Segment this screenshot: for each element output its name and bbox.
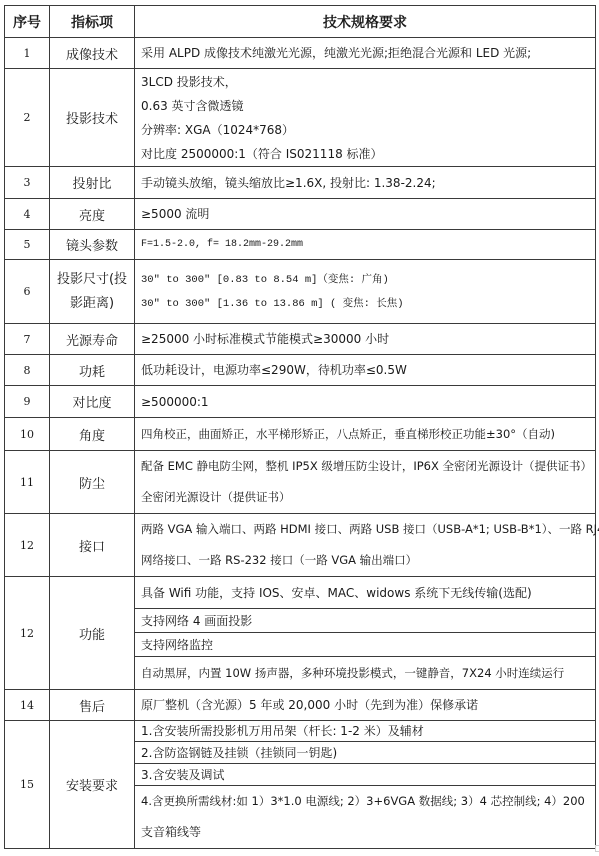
requirement-line: 分辨率: XGA（1024*768） bbox=[141, 118, 589, 142]
row-requirement: 低功耗设计，电源功率≤290W，待机功率≤0.5W bbox=[135, 355, 596, 386]
row-requirement: 支持网络监控 bbox=[135, 633, 596, 657]
corner-artifact bbox=[595, 845, 599, 852]
requirement-line: 0.63 英寸含微透镜 bbox=[141, 94, 589, 118]
requirement-line: 对比度 2500000:1（符合 IS021118 标准） bbox=[141, 142, 589, 166]
row-no: 14 bbox=[5, 690, 50, 721]
requirement-line: 自动黑屏，内置 10W 扬声器，多种环境投影模式，一键静音，7X24 小时连续运… bbox=[141, 661, 589, 685]
table-row: 5 镜头参数 F=1.5-2.0, f= 18.2mm-29.2mm bbox=[5, 230, 596, 260]
row-requirement: ≥25000 小时标准模式节能模式≥30000 小时 bbox=[135, 324, 596, 355]
row-requirement: 30″ to 300″ [0.83 to 8.54 m]（变焦: 广角) 30″… bbox=[135, 260, 596, 324]
requirement-line: 支持网络 4 画面投影 bbox=[141, 610, 589, 632]
table-row: 12 功能 具备 Wifi 功能，支持 IOS、安卓、MAC、widows 系统… bbox=[5, 577, 596, 609]
row-no: 7 bbox=[5, 324, 50, 355]
row-item: 投影尺寸(投 影距离) bbox=[50, 260, 135, 324]
requirement-line: 采用 ALPD 成像技术纯激光光源，纯激光光源;拒绝混合光源和 LED 光源; bbox=[141, 41, 589, 65]
requirement-line: 30″ to 300″ [0.83 to 8.54 m]（变焦: 广角) bbox=[141, 268, 589, 292]
row-item: 角度 bbox=[50, 418, 135, 451]
header-requirement: 技术规格要求 bbox=[135, 6, 596, 38]
table-row: 7 光源寿命 ≥25000 小时标准模式节能模式≥30000 小时 bbox=[5, 324, 596, 355]
requirement-line: ≥500000:1 bbox=[141, 390, 589, 414]
row-requirement: 四角校正，曲面矫正，水平梯形矫正，八点矫正，垂直梯形校正功能±30°（自动) bbox=[135, 418, 596, 451]
row-requirement: 两路 VGA 输入端口、两路 HDMI 接口、两路 USB 接口（USB-A*1… bbox=[135, 514, 596, 577]
row-item: 投射比 bbox=[50, 167, 135, 199]
row-requirement: 自动黑屏，内置 10W 扬声器，多种环境投影模式，一键静音，7X24 小时连续运… bbox=[135, 657, 596, 690]
header-no: 序号 bbox=[5, 6, 50, 38]
row-no: 12 bbox=[5, 577, 50, 690]
table-row: 4 亮度 ≥5000 流明 bbox=[5, 199, 596, 230]
requirement-line: F=1.5-2.0, f= 18.2mm-29.2mm bbox=[141, 233, 589, 257]
row-requirement: 2.含防盗钢链及挂锁（挂锁同一钥匙) bbox=[135, 742, 596, 764]
requirement-line: 具备 Wifi 功能，支持 IOS、安卓、MAC、widows 系统下无线传输(… bbox=[141, 581, 589, 605]
row-item: 成像技术 bbox=[50, 38, 135, 69]
requirement-line: 网络接口、一路 RS-232 接口（一路 VGA 输出端口） bbox=[141, 545, 589, 576]
requirement-line: 全密闭光源设计（提供证书） bbox=[141, 482, 589, 513]
row-no: 3 bbox=[5, 167, 50, 199]
row-item: 对比度 bbox=[50, 386, 135, 418]
requirement-line: 3.含安装及调试 bbox=[141, 765, 589, 785]
table-row: 15 安装要求 1.含安装所需投影机万用吊架（杆长: 1-2 米）及辅材 bbox=[5, 721, 596, 742]
item-line: 影距离) bbox=[56, 292, 128, 316]
requirement-line: 原厂整机（含光源）5 年或 20,000 小时（先到为准）保修承诺 bbox=[141, 693, 589, 717]
requirement-line: 手动镜头放缩，镜头缩放比≥1.6X, 投射比: 1.38-2.24; bbox=[141, 171, 589, 195]
requirement-line: ≥25000 小时标准模式节能模式≥30000 小时 bbox=[141, 327, 589, 351]
row-item: 接口 bbox=[50, 514, 135, 577]
table-row: 2 投影技术 3LCD 投影技术， 0.63 英寸含微透镜 分辨率: XGA（1… bbox=[5, 69, 596, 167]
requirement-line: ≥5000 流明 bbox=[141, 202, 589, 226]
table-row: 6 投影尺寸(投 影距离) 30″ to 300″ [0.83 to 8.54 … bbox=[5, 260, 596, 324]
row-no: 5 bbox=[5, 230, 50, 260]
row-no: 6 bbox=[5, 260, 50, 324]
row-requirement: ≥500000:1 bbox=[135, 386, 596, 418]
row-item: 镜头参数 bbox=[50, 230, 135, 260]
row-requirement: 支持网络 4 画面投影 bbox=[135, 609, 596, 633]
requirement-line: 配备 EMC 静电防尘网，整机 IP5X 级增压防尘设计，IP6X 全密闭光源设… bbox=[141, 451, 589, 482]
table-row: 12 接口 两路 VGA 输入端口、两路 HDMI 接口、两路 USB 接口（U… bbox=[5, 514, 596, 577]
row-requirement: 1.含安装所需投影机万用吊架（杆长: 1-2 米）及辅材 bbox=[135, 721, 596, 742]
header-item: 指标项 bbox=[50, 6, 135, 38]
row-requirement: 具备 Wifi 功能，支持 IOS、安卓、MAC、widows 系统下无线传输(… bbox=[135, 577, 596, 609]
row-item: 功能 bbox=[50, 577, 135, 690]
spec-table: 序号 指标项 技术规格要求 1 成像技术 采用 ALPD 成像技术纯激光光源，纯… bbox=[4, 5, 596, 849]
row-no: 2 bbox=[5, 69, 50, 167]
row-no: 11 bbox=[5, 451, 50, 514]
row-no: 15 bbox=[5, 721, 50, 849]
row-no: 8 bbox=[5, 355, 50, 386]
row-requirement: 3.含安装及调试 bbox=[135, 764, 596, 786]
row-item: 功耗 bbox=[50, 355, 135, 386]
row-no: 10 bbox=[5, 418, 50, 451]
row-no: 1 bbox=[5, 38, 50, 69]
row-requirement: 3LCD 投影技术， 0.63 英寸含微透镜 分辨率: XGA（1024*768… bbox=[135, 69, 596, 167]
row-no: 9 bbox=[5, 386, 50, 418]
requirement-line: 2.含防盗钢链及挂锁（挂锁同一钥匙) bbox=[141, 743, 589, 763]
table-header: 序号 指标项 技术规格要求 bbox=[5, 6, 596, 38]
requirement-line: 低功耗设计，电源功率≤290W，待机功率≤0.5W bbox=[141, 358, 589, 382]
requirement-line: 1.含安装所需投影机万用吊架（杆长: 1-2 米）及辅材 bbox=[141, 722, 589, 741]
row-no: 12 bbox=[5, 514, 50, 577]
row-item: 亮度 bbox=[50, 199, 135, 230]
table-row: 3 投射比 手动镜头放缩，镜头缩放比≥1.6X, 投射比: 1.38-2.24; bbox=[5, 167, 596, 199]
row-item: 投影技术 bbox=[50, 69, 135, 167]
requirement-line: 两路 VGA 输入端口、两路 HDMI 接口、两路 USB 接口（USB-A*1… bbox=[141, 514, 589, 545]
row-requirement: 手动镜头放缩，镜头缩放比≥1.6X, 投射比: 1.38-2.24; bbox=[135, 167, 596, 199]
item-line: 投影尺寸(投 bbox=[56, 268, 128, 292]
requirement-line: 3LCD 投影技术， bbox=[141, 70, 589, 94]
row-requirement: F=1.5-2.0, f= 18.2mm-29.2mm bbox=[135, 230, 596, 260]
table-row: 8 功耗 低功耗设计，电源功率≤290W，待机功率≤0.5W bbox=[5, 355, 596, 386]
table-row: 14 售后 原厂整机（含光源）5 年或 20,000 小时（先到为准）保修承诺 bbox=[5, 690, 596, 721]
row-item: 防尘 bbox=[50, 451, 135, 514]
row-no: 4 bbox=[5, 199, 50, 230]
row-item: 售后 bbox=[50, 690, 135, 721]
row-requirement: ≥5000 流明 bbox=[135, 199, 596, 230]
table-row: 10 角度 四角校正，曲面矫正，水平梯形矫正，八点矫正，垂直梯形校正功能±30°… bbox=[5, 418, 596, 451]
row-item: 光源寿命 bbox=[50, 324, 135, 355]
requirement-line: 支音箱线等 bbox=[141, 817, 589, 848]
row-requirement: 原厂整机（含光源）5 年或 20,000 小时（先到为准）保修承诺 bbox=[135, 690, 596, 721]
row-requirement: 4.含更换所需线材:如 1）3*1.0 电源线; 2）3+6VGA 数据线; 3… bbox=[135, 786, 596, 849]
row-item: 安装要求 bbox=[50, 721, 135, 849]
requirement-line: 4.含更换所需线材:如 1）3*1.0 电源线; 2）3+6VGA 数据线; 3… bbox=[141, 786, 589, 817]
row-requirement: 采用 ALPD 成像技术纯激光光源，纯激光光源;拒绝混合光源和 LED 光源; bbox=[135, 38, 596, 69]
table-row: 1 成像技术 采用 ALPD 成像技术纯激光光源，纯激光光源;拒绝混合光源和 L… bbox=[5, 38, 596, 69]
requirement-line: 30″ to 300″ [1.36 to 13.86 m] ( 变焦: 长焦) bbox=[141, 292, 589, 316]
table-row: 11 防尘 配备 EMC 静电防尘网，整机 IP5X 级增压防尘设计，IP6X … bbox=[5, 451, 596, 514]
table-row: 9 对比度 ≥500000:1 bbox=[5, 386, 596, 418]
requirement-line: 四角校正，曲面矫正，水平梯形矫正，八点矫正，垂直梯形校正功能±30°（自动) bbox=[141, 422, 589, 446]
row-requirement: 配备 EMC 静电防尘网，整机 IP5X 级增压防尘设计，IP6X 全密闭光源设… bbox=[135, 451, 596, 514]
requirement-line: 支持网络监控 bbox=[141, 634, 589, 656]
